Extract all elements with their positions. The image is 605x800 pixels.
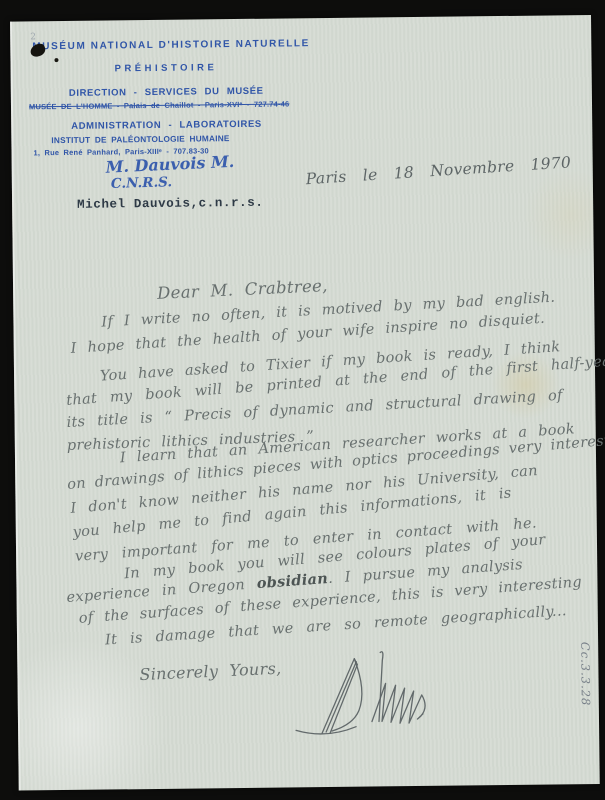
closing: Sincerely Yours,: [139, 659, 282, 685]
letter-paper: 2 MUSÉUM NATIONAL D'HISTOIRE NATURELLE P…: [10, 15, 600, 791]
typed-sender-name: Michel Dauvois,c.n.r.s.: [77, 196, 263, 212]
archival-code: Cc.3.3.28: [578, 624, 593, 724]
letterhead-institut: INSTITUT DE PALÉONTOLOGIE HUMAINE: [51, 133, 229, 145]
letterhead-administration: ADMINISTRATION - LABORATOIRES: [71, 119, 262, 132]
letterhead-direction: DIRECTION - SERVICES DU MUSÉE: [69, 86, 264, 99]
emphasis-word: obsidian: [256, 570, 329, 592]
scan-background: 2 MUSÉUM NATIONAL D'HISTOIRE NATURELLE P…: [0, 0, 605, 800]
signature: [291, 644, 477, 761]
salutation: Dear M. Crabtree,: [157, 276, 328, 303]
stamp-organization: C.N.R.S.: [111, 174, 173, 192]
ink-dot: [54, 58, 58, 62]
letterhead-musee-homme-struck: MUSÉE DE L'HOMME - Palais de Chaillot - …: [29, 99, 289, 111]
letterhead-museum-title: MUSÉUM NATIONAL D'HISTOIRE NATURELLE: [32, 38, 310, 52]
dateline: Paris le 18 Novembre 1970: [305, 153, 571, 188]
letterhead-department: PRÉHISTOIRE: [115, 62, 218, 74]
